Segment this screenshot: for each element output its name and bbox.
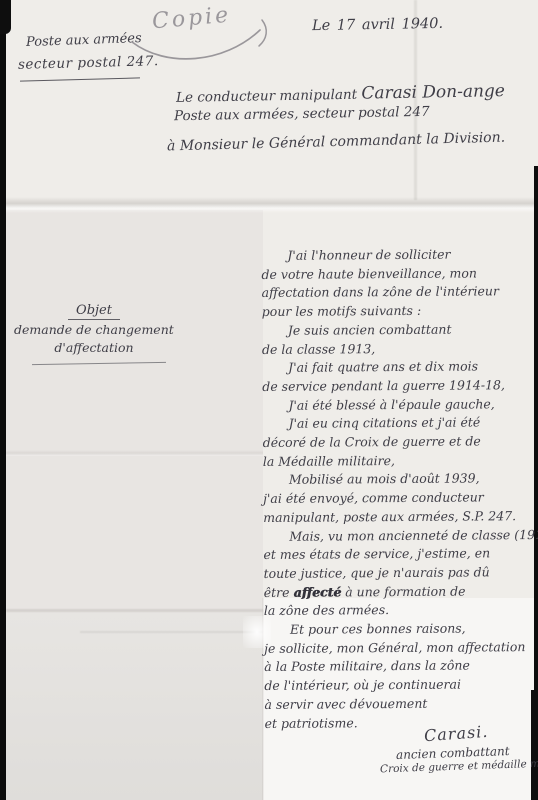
copy-annotation-flourish bbox=[126, 14, 284, 72]
body-line: à la Poste militaire, dans la zône bbox=[264, 657, 537, 678]
body-line: toute justice, que je n'aurais pas dû bbox=[264, 563, 537, 584]
sender-name: Carasi Don-ange bbox=[361, 81, 505, 104]
body-line: Je suis ancien combattant bbox=[262, 320, 535, 341]
letter-body: J'ai l'honneur de solliciterde votre hau… bbox=[261, 245, 537, 733]
body-line: manipulant, poste aux armées, S.P. 247. bbox=[263, 507, 536, 528]
scan-edge-left bbox=[0, 0, 6, 800]
body-line: la zône des armées. bbox=[264, 600, 537, 621]
body-line: j'ai été envoyé, comme conducteur bbox=[263, 488, 536, 509]
body-line: pour les motifs suivants : bbox=[262, 301, 535, 322]
body-line: la Médaille militaire, bbox=[263, 451, 536, 472]
body-line: affectation dans la zône de l'intérieur bbox=[262, 282, 535, 303]
body-line: être affecté à une formation de bbox=[264, 582, 537, 603]
body-line: de votre haute bienveillance, mon bbox=[261, 264, 534, 285]
body-line: et patriotisme. bbox=[265, 713, 538, 734]
subject-line-2: demande de changement bbox=[14, 322, 174, 337]
body-line: de l'intérieur, où je continuerai bbox=[264, 675, 537, 696]
body-line: J'ai fait quatre ans et dix mois bbox=[262, 357, 535, 378]
body-line: de service pendant la guerre 1914-18, bbox=[262, 376, 535, 397]
body-line: J'ai l'honneur de solliciter bbox=[261, 245, 534, 266]
scanned-letter: Poste aux armées secteur postal 247. Cop… bbox=[0, 0, 538, 800]
body-line: de la classe 1913, bbox=[262, 339, 535, 360]
body-line: J'ai été blessé à l'épaule gauche, bbox=[262, 395, 535, 416]
body-line: décoré de la Croix de guerre et de bbox=[263, 432, 536, 453]
subject-label: Objet bbox=[14, 303, 174, 318]
fold-crease-horizontal-middle bbox=[6, 450, 263, 456]
body-line: Mais, vu mon ancienneté de classe (1913) bbox=[263, 526, 536, 547]
body-line: et mes états de service, j'estime, en bbox=[263, 544, 536, 565]
fold-shading-left-column bbox=[6, 210, 263, 612]
header-intro: Le conducteur manipulant bbox=[176, 87, 362, 106]
body-line: J'ai eu cinq citations et j'ai été bbox=[262, 413, 535, 434]
body-line: Et pour ces bonnes raisons, bbox=[264, 619, 537, 640]
fold-shading-bottom-left bbox=[6, 612, 263, 800]
body-line: Mobilisé au mois d'août 1939, bbox=[263, 469, 536, 490]
overwritten-word: affecté bbox=[293, 584, 341, 599]
body-line: je sollicite, mon Général, mon affectati… bbox=[264, 638, 537, 659]
date-line: Le 17 avril 1940. bbox=[312, 16, 443, 34]
scan-edge-corner-mark bbox=[0, 0, 11, 34]
fold-crease-horizontal-top bbox=[6, 197, 538, 213]
body-line: à servir avec dévouement bbox=[264, 694, 537, 715]
fold-crease-horizontal-bottom bbox=[6, 609, 263, 612]
fold-crease-horizontal-bottom-2 bbox=[80, 631, 263, 633]
subject-line-3: d'affectation bbox=[14, 340, 174, 355]
